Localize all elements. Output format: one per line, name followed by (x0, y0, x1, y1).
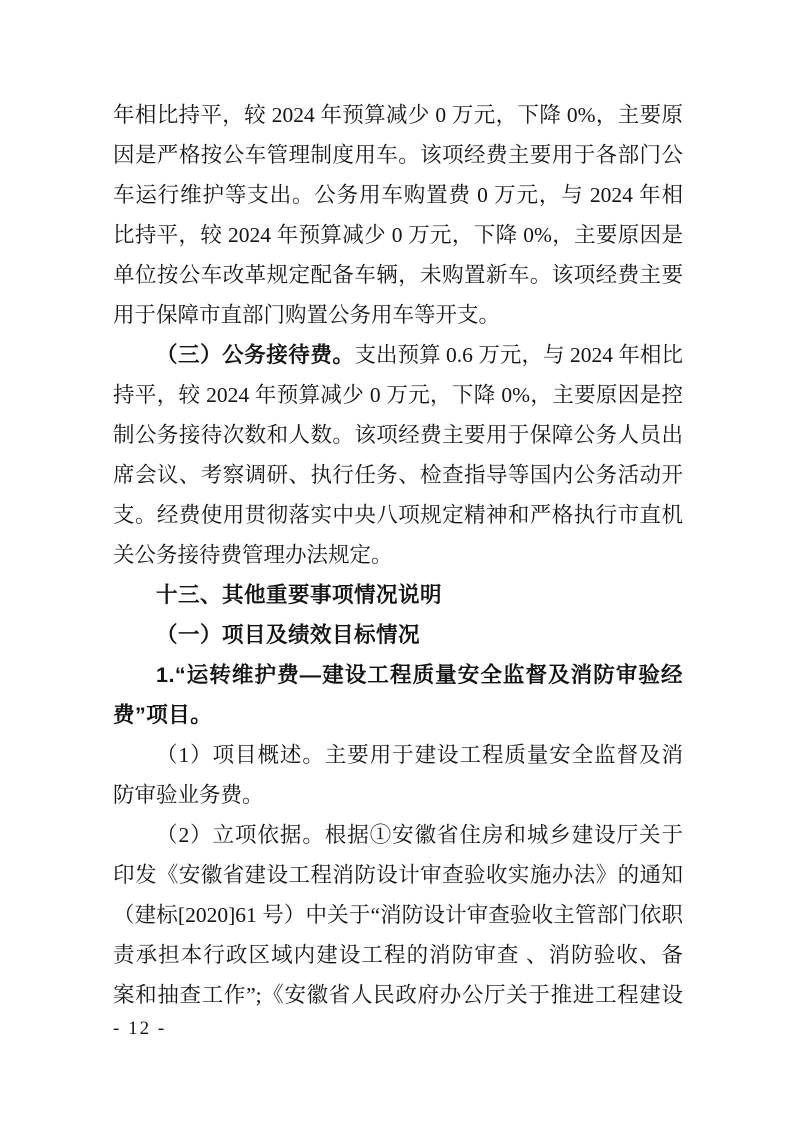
text-segment: 制公务接待次数和人数。该项经费主要用于保障公务人员出 (113, 423, 683, 447)
text-segment: （1）项目概述。主要用于建设工程质量安全监督及消 (156, 743, 683, 767)
body-line: 席会议、考察调研、执行任务、检查指导等国内公务活动开 (113, 455, 683, 495)
project-title-line: 费”项目。 (113, 695, 683, 735)
text-segment: 支。经费使用贯彻落实中央八项规定精神和严格执行市直机 (113, 503, 683, 527)
text-segment: 用于保障市直部门购置公务用车等开支。 (113, 303, 500, 327)
text-segment: 年相比持平，较 2024 年预算减少 0 万元，下降 0%，主要原 (113, 103, 683, 127)
text-segment: （建标[2020]61 号）中关于“消防设计审查验收主管部门依职 (113, 903, 683, 927)
body-line: 年相比持平，较 2024 年预算减少 0 万元，下降 0%，主要原 (113, 95, 683, 135)
text-segment: 单位按公车改革规定配备车辆，未购置新车。该项经费主要 (113, 263, 683, 287)
body-line: 防审验业务费。 (113, 775, 683, 815)
body-line: （建标[2020]61 号）中关于“消防设计审查验收主管部门依职 (113, 895, 683, 935)
project-title-line: 1.“运转维护费—建设工程质量安全监督及消防审验经 (113, 655, 683, 695)
body-line: 持平，较 2024 年预算减少 0 万元，下降 0%，主要原因是控 (113, 375, 683, 415)
text-segment: 责承担本行政区域内建设工程的消防审查 、消防验收、备 (113, 943, 683, 967)
text-segment: 车运行维护等支出。公务用车购置费 0 万元，与 2024 年相 (113, 183, 683, 207)
text-segment: （2）立项依据。根据①安徽省住房和城乡建设厅关于 (156, 823, 683, 847)
body-line: （2）立项依据。根据①安徽省住房和城乡建设厅关于 (113, 815, 683, 855)
document-body: 年相比持平，较 2024 年预算减少 0 万元，下降 0%，主要原因是严格按公车… (113, 95, 683, 1015)
body-line: 支。经费使用贯彻落实中央八项规定精神和严格执行市直机 (113, 495, 683, 535)
text-segment: 关公务接待费管理办法规定。 (113, 543, 393, 567)
document-page: 年相比持平，较 2024 年预算减少 0 万元，下降 0%，主要原因是严格按公车… (0, 0, 793, 1122)
body-line: （三）公务接待费。支出预算 0.6 万元，与 2024 年相比 (113, 335, 683, 375)
body-line: 印发《安徽省建设工程消防设计审查验收实施办法》的通知 (113, 855, 683, 895)
body-line: 因是严格按公车管理制度用车。该项经费主要用于各部门公 (113, 135, 683, 175)
text-segment: 因是严格按公车管理制度用车。该项经费主要用于各部门公 (113, 143, 683, 167)
body-line: 制公务接待次数和人数。该项经费主要用于保障公务人员出 (113, 415, 683, 455)
body-line: 比持平，较 2024 年预算减少 0 万元，下降 0%，主要原因是 (113, 215, 683, 255)
text-segment: 持平，较 2024 年预算减少 0 万元，下降 0%，主要原因是控 (113, 383, 683, 407)
body-line: （1）项目概述。主要用于建设工程质量安全监督及消 (113, 735, 683, 775)
text-segment: 防审验业务费。 (113, 783, 264, 807)
bold-text-segment: （三）公务接待费。 (156, 343, 354, 367)
text-segment: 印发《安徽省建设工程消防设计审查验收实施办法》的通知 (113, 863, 683, 887)
subsection-heading: （一）项目及绩效目标情况 (113, 615, 683, 655)
body-line: 单位按公车改革规定配备车辆，未购置新车。该项经费主要 (113, 255, 683, 295)
section-heading: 十三、其他重要事项情况说明 (113, 575, 683, 615)
body-line: 关公务接待费管理办法规定。 (113, 535, 683, 575)
page-number: - 12 - (113, 1015, 166, 1043)
body-line: 用于保障市直部门购置公务用车等开支。 (113, 295, 683, 335)
text-segment: 比持平，较 2024 年预算减少 0 万元，下降 0%，主要原因是 (113, 223, 683, 247)
body-line: 车运行维护等支出。公务用车购置费 0 万元，与 2024 年相 (113, 175, 683, 215)
text-segment: 支出预算 0.6 万元，与 2024 年相比 (354, 343, 683, 367)
bold-text-segment: 1.“运转维护费—建设工程质量安全监督及消防审验经 (156, 663, 683, 687)
body-line: 责承担本行政区域内建设工程的消防审查 、消防验收、备 (113, 935, 683, 975)
bold-text-segment: （一）项目及绩效目标情况 (156, 623, 420, 647)
bold-text-segment: 费”项目。 (113, 703, 212, 727)
text-segment: 席会议、考察调研、执行任务、检查指导等国内公务活动开 (113, 463, 683, 487)
text-segment: 案和抽查工作”;《安徽省人民政府办公厅关于推进工程建设 (113, 983, 683, 1007)
body-line: 案和抽查工作”;《安徽省人民政府办公厅关于推进工程建设 (113, 975, 683, 1015)
bold-text-segment: 十三、其他重要事项情况说明 (156, 583, 442, 607)
